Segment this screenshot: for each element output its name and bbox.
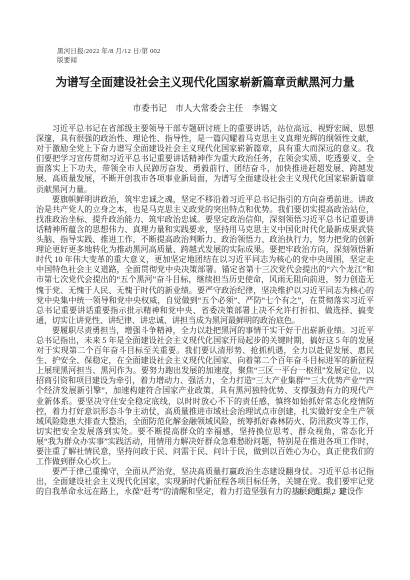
article-byline: 市委书记 市人大常委会主任 李锡文	[36, 103, 374, 114]
publication-section-line: 版要闻	[57, 56, 160, 65]
publication-source-line: 黑河日报/2022 年/8 月/12 日/第 002	[57, 47, 160, 56]
article-title: 为谱写全面建设社会主义现代化国家崭新篇章贡献黑河力量	[30, 76, 380, 91]
page-number: 第 1 页 共 2 页	[36, 487, 346, 497]
publication-info: 黑河日报/2022 年/8 月/12 日/第 002 版要闻	[57, 47, 160, 65]
article-paragraph: 要履职尽责勇担当，增强斗争精神，全力以赴把黑河的事情干实干好干出崭新业绩。习近平…	[36, 326, 374, 467]
article-paragraph: 习近平总书记在省部级主要领导干部专题研讨班上的重要讲话，站位高远、视野宏阔、思想…	[36, 124, 374, 195]
article-body: 习近平总书记在省部级主要领导干部专题研讨班上的重要讲话，站位高远、视野宏阔、思想…	[36, 124, 374, 497]
document-page: 黑河日报/2022 年/8 月/12 日/第 002 版要闻 为谱写全面建设社会…	[0, 0, 410, 580]
article-paragraph: 要旗帜鲜明讲政治，筑牢忠诚之魂，坚定不移沿着习近平总书记指引的方向奋勇前进。讲政…	[36, 195, 374, 326]
